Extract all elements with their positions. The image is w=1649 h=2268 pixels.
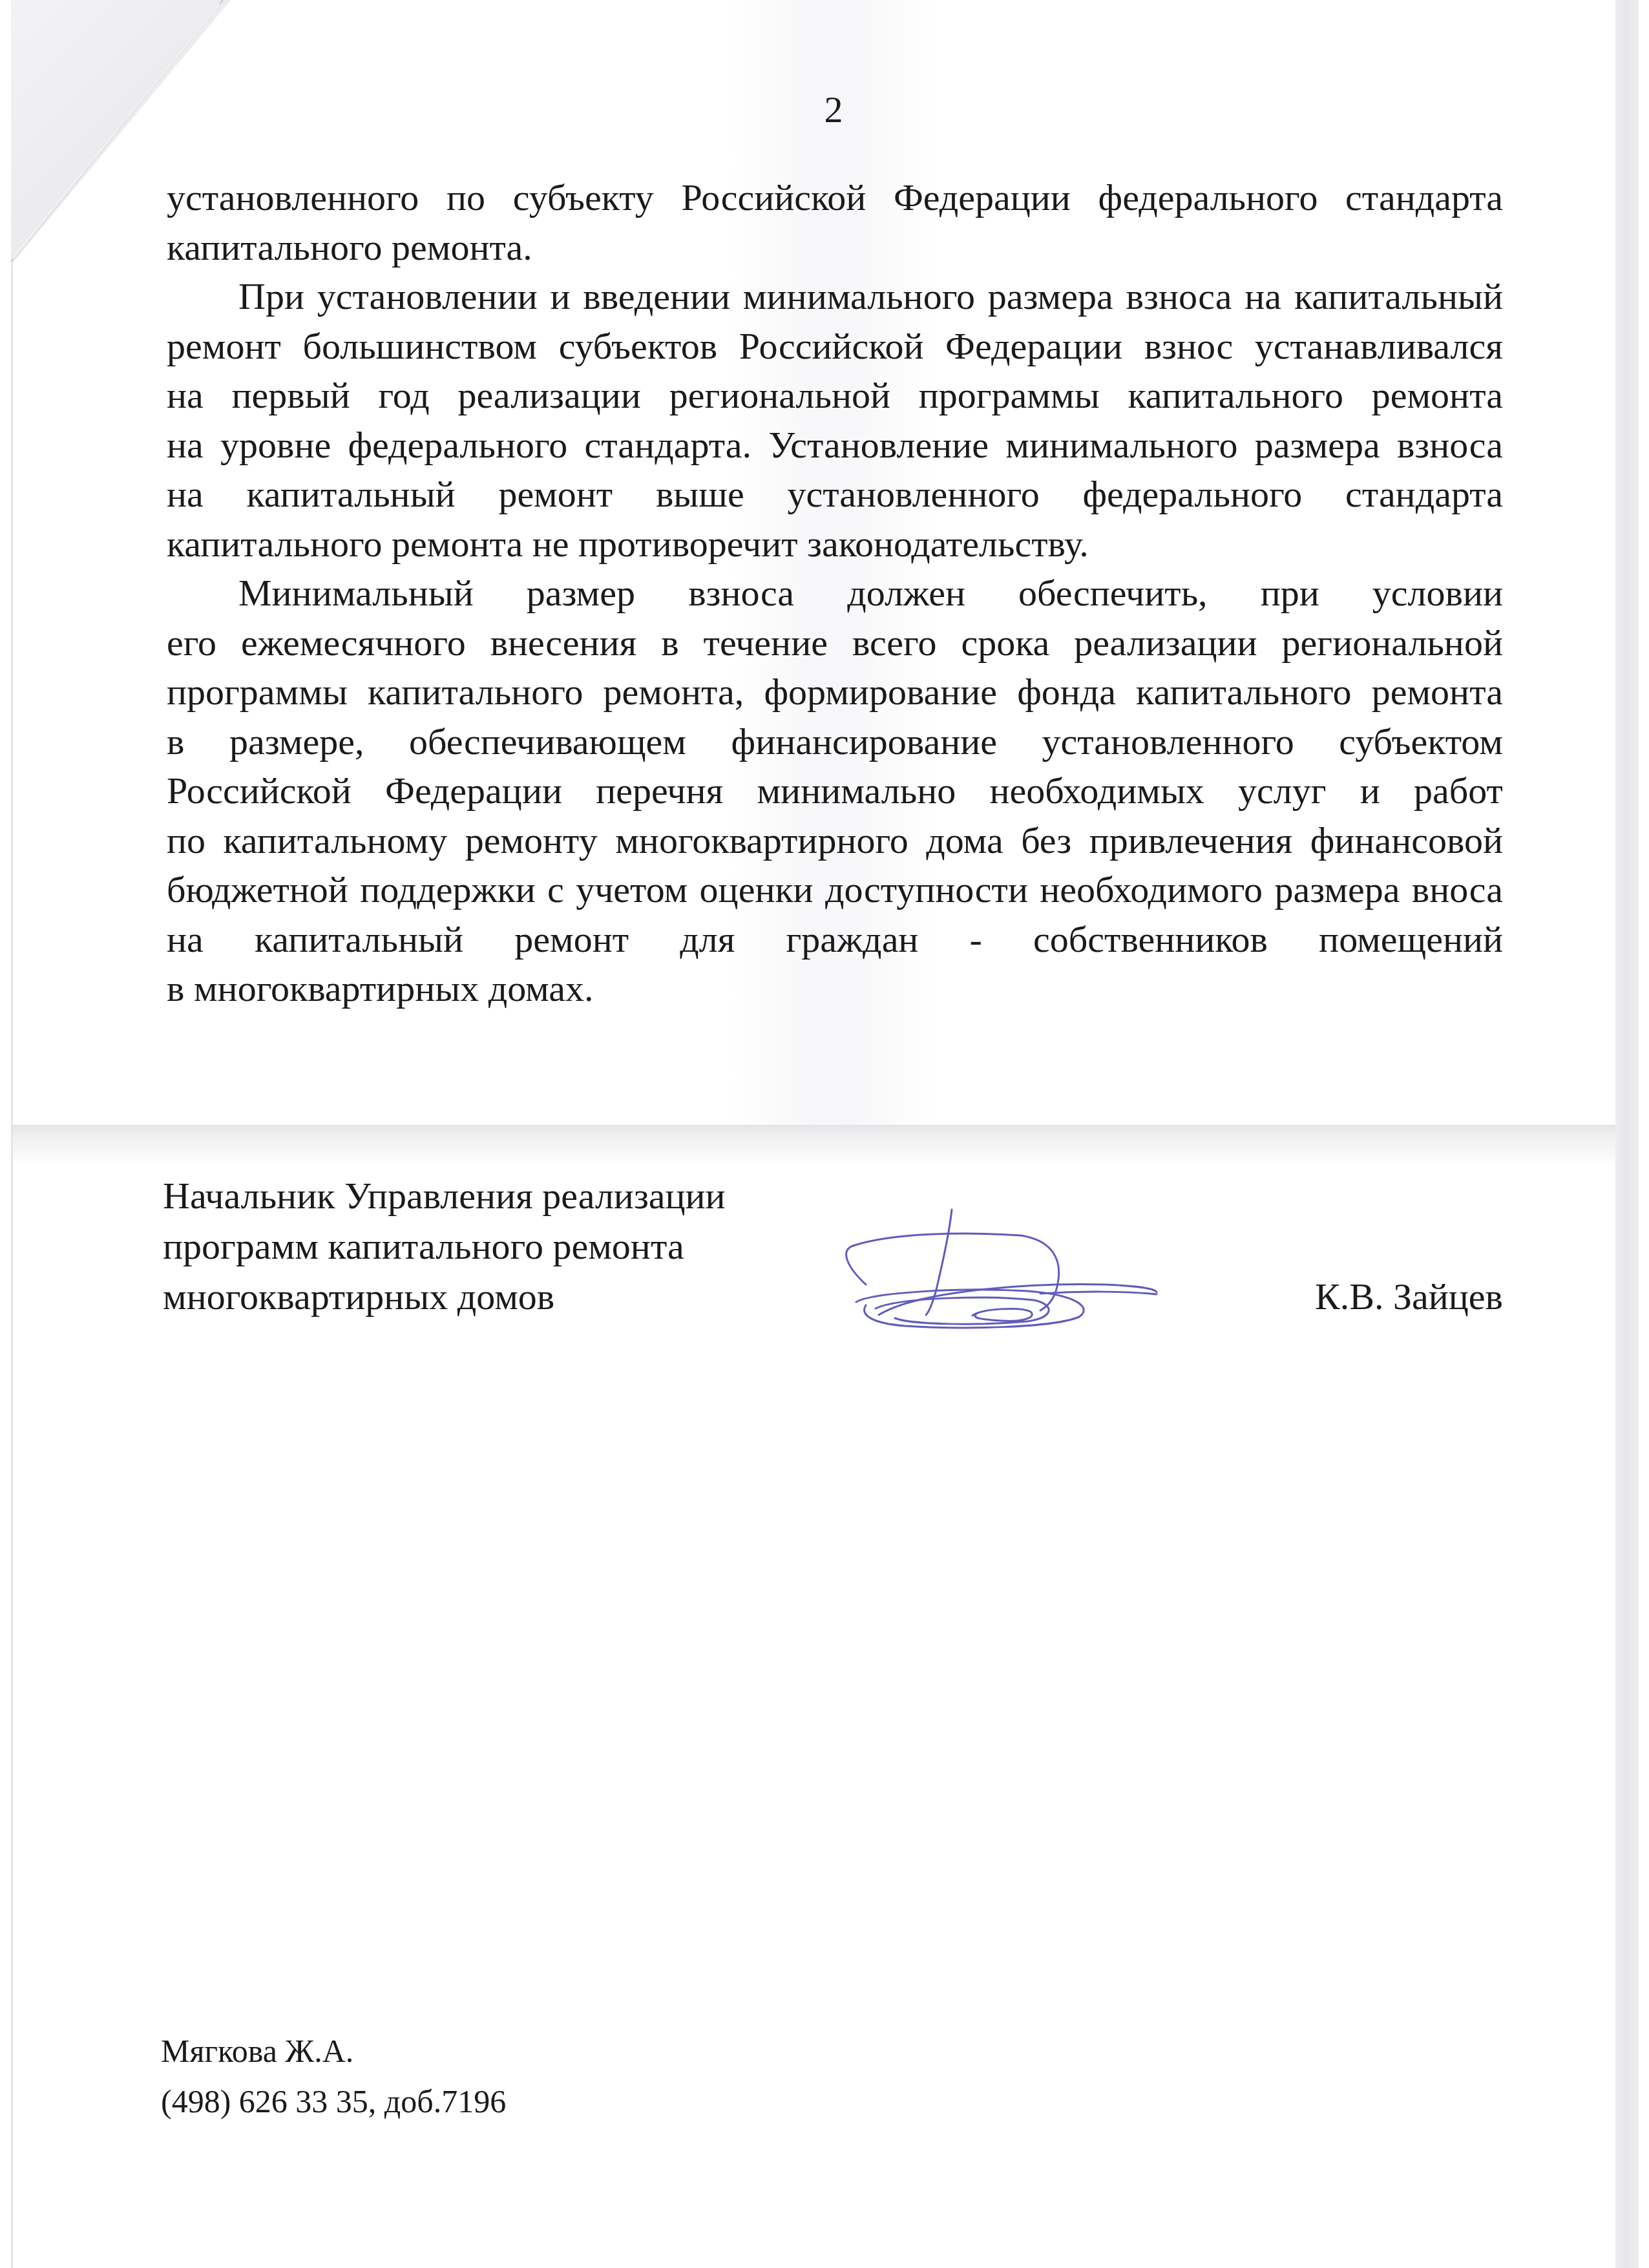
body-word: региональной	[669, 371, 890, 421]
body-word: обеспечивающем	[409, 717, 686, 767]
body-word: ремонт	[167, 322, 281, 372]
body-word: по	[446, 173, 485, 223]
body-word: стандарта	[1345, 173, 1503, 223]
body-word: капитального	[368, 667, 583, 717]
body-word: привлечения	[1089, 816, 1293, 866]
body-word: взнос	[1144, 322, 1234, 372]
body-word: год	[378, 371, 429, 421]
body-word: установленного	[787, 470, 1039, 520]
body-word: для	[680, 915, 735, 965]
body-text-line: капитального ремонта не противоречит зак…	[167, 520, 1503, 569]
body-word: взноса	[1397, 421, 1503, 470]
body-word: ремонт	[498, 470, 613, 520]
body-word: капитальному	[223, 816, 447, 866]
body-word: размере,	[229, 717, 364, 767]
letter-body: установленногопосубъектуРоссийскойФедера…	[167, 173, 1503, 1014]
body-word: программы	[919, 371, 1100, 421]
body-word: финансирование	[731, 717, 997, 767]
body-text-line: бюджетнойподдержкисучетомоценкидоступнос…	[167, 865, 1503, 915]
body-word: капитальный	[255, 915, 463, 965]
body-word: установлении	[317, 272, 538, 322]
body-word: его	[167, 618, 216, 668]
body-word: капитальный	[247, 470, 456, 520]
body-word: дома	[926, 816, 1003, 866]
body-word: устанавливался	[1255, 322, 1503, 372]
body-text-line: РоссийскойФедерацииперечняминимальнонеоб…	[167, 766, 1503, 816]
body-word: Минимальный	[238, 569, 474, 618]
body-word: должен	[847, 569, 965, 618]
body-word: -	[970, 915, 982, 965]
body-word: федерального	[348, 421, 567, 470]
body-word: бюджетной	[167, 865, 348, 915]
body-word: капитального ремонта не противоречит зак…	[167, 520, 1089, 569]
body-word: услуг	[1238, 766, 1326, 816]
body-word: внесения	[490, 618, 637, 668]
body-word: выше	[656, 470, 744, 520]
executor-name: Мягкова Ж.А.	[161, 2026, 506, 2076]
signatory-title: Начальник Управления реализации программ…	[163, 1171, 726, 1322]
body-word: уровне	[220, 421, 331, 470]
body-word: размер	[527, 569, 635, 618]
body-word: региональной	[1282, 618, 1503, 668]
body-word: установленного	[167, 173, 419, 223]
body-word: стандарта	[1345, 470, 1503, 520]
body-word: доступности	[825, 865, 1028, 915]
body-word: финансовой	[1310, 816, 1503, 866]
body-word: учетом	[576, 865, 688, 915]
body-word: вноса	[1412, 865, 1503, 915]
body-word: субъекту	[513, 173, 654, 223]
body-word: Российской	[167, 766, 352, 816]
body-word: помещений	[1319, 915, 1503, 965]
body-word: ремонта,	[604, 667, 744, 717]
body-word: взноса	[1126, 272, 1232, 322]
body-word: ремонта	[1372, 667, 1503, 717]
body-word: большинством	[302, 322, 537, 372]
body-word: и	[1360, 766, 1380, 816]
body-text-line: в многоквартирных домах.	[167, 964, 1503, 1014]
body-word: программы	[167, 667, 348, 717]
horizontal-fold-shadow	[13, 1126, 1615, 1164]
body-word: необходимых	[989, 766, 1204, 816]
body-word: капитального	[1128, 371, 1343, 421]
body-text-line: программыкапитальногоремонта,формировани…	[167, 667, 1503, 717]
body-word: с	[547, 865, 564, 915]
body-word: на	[167, 421, 204, 470]
page-number: 2	[801, 90, 866, 129]
body-word: минимального	[743, 272, 975, 322]
body-word: капитального	[1136, 667, 1351, 717]
body-word: первый	[232, 371, 350, 421]
body-word: Установление	[768, 421, 989, 470]
body-word: Федерации	[945, 322, 1122, 372]
body-word: минимального	[1005, 421, 1237, 470]
body-word: на	[167, 915, 204, 965]
body-text-line: установленногопосубъектуРоссийскойФедера…	[167, 173, 1503, 223]
executor-contact: Мягкова Ж.А. (498) 626 33 35, доб.7196	[161, 2026, 506, 2126]
signatory-name: К.В. Зайцев	[1292, 1272, 1503, 1322]
body-word: формирование	[764, 667, 997, 717]
body-word: граждан	[786, 915, 919, 965]
body-word: обеспечить,	[1018, 569, 1208, 618]
body-word: ремонта	[1372, 371, 1503, 421]
body-text-line: капитального ремонта.	[167, 223, 1503, 273]
body-word: без	[1021, 816, 1071, 866]
body-word: на	[167, 371, 204, 421]
body-word: и	[550, 272, 570, 322]
scan-edge-right	[1615, 0, 1639, 2268]
body-word: в	[661, 618, 678, 668]
body-word: федерального	[1083, 470, 1303, 520]
body-text-line: накапитальныйремонтдляграждан-собственни…	[167, 915, 1503, 965]
body-text-line: вразмере,обеспечивающемфинансированиеуст…	[167, 717, 1503, 767]
signatory-title-line: программ капитального ремонта	[163, 1221, 726, 1272]
body-word: ремонту	[465, 816, 598, 866]
body-word: оценки	[700, 865, 814, 915]
body-word: введении	[583, 272, 730, 322]
body-text-line: ремонтбольшинствомсубъектовРоссийскойФед…	[167, 322, 1503, 372]
body-word: на	[167, 470, 204, 520]
signatory-title-line: Начальник Управления реализации	[163, 1171, 726, 1221]
body-word: капитального ремонта.	[167, 223, 532, 273]
body-word: перечня	[596, 766, 723, 816]
body-text-line: егоежемесячноговнесениявтечениевсегосрок…	[167, 618, 1503, 668]
body-word: Федерации	[385, 766, 562, 816]
body-word: в	[167, 717, 184, 767]
body-word: установленного	[1042, 717, 1294, 767]
body-word: капитальный	[1294, 272, 1503, 322]
body-word: взноса	[688, 569, 794, 618]
body-word: условии	[1372, 569, 1503, 618]
body-word: работ	[1414, 766, 1503, 816]
body-word: минимально	[757, 766, 956, 816]
body-word: на	[1245, 272, 1281, 322]
body-word: размера	[1255, 421, 1380, 470]
body-word: реализации	[457, 371, 640, 421]
body-word: фонда	[1017, 667, 1116, 717]
body-word: субъектов	[559, 322, 717, 372]
body-word: ремонт	[514, 915, 629, 965]
body-word: собственников	[1033, 915, 1268, 965]
body-word: При	[238, 272, 304, 322]
body-word: Российской	[681, 173, 866, 223]
body-word: по	[167, 816, 205, 866]
body-word: в многоквартирных домах.	[167, 964, 594, 1014]
body-word: срока	[961, 618, 1049, 668]
body-word: ежемесячного	[241, 618, 466, 668]
body-word: размера	[988, 272, 1113, 322]
body-text-line: напервыйгодреализациирегиональнойпрограм…	[167, 371, 1503, 421]
body-word: при	[1261, 569, 1319, 618]
body-text-line: покапитальномуремонтумногоквартирногодом…	[167, 816, 1503, 866]
body-word: реализации	[1074, 618, 1257, 668]
body-word: размера	[1274, 865, 1400, 915]
body-word: необходимого	[1040, 865, 1263, 915]
executor-phone: (498) 626 33 35, доб.7196	[161, 2076, 506, 2126]
body-word: поддержки	[360, 865, 535, 915]
body-word: стандарта.	[585, 421, 751, 470]
body-text-line: Минимальныйразмервзносадолженобеспечить,…	[167, 569, 1503, 618]
body-word: Федерации	[894, 173, 1071, 223]
body-word: всего	[852, 618, 937, 668]
body-word: субъектом	[1339, 717, 1503, 767]
handwritten-signature-icon	[834, 1189, 1247, 1338]
body-word: течение	[704, 618, 828, 668]
body-word: Российской	[739, 322, 924, 372]
body-text-line: накапитальныйремонтвышеустановленногофед…	[167, 470, 1503, 520]
body-word: федерального	[1098, 173, 1318, 223]
body-text-line: науровнефедеральногостандарта.Установлен…	[167, 421, 1503, 470]
body-word: многоквартирного	[615, 816, 909, 866]
signatory-title-line: многоквартирных домов	[163, 1272, 726, 1322]
body-text-line: Приустановленииивведенииминимальногоразм…	[167, 272, 1503, 322]
